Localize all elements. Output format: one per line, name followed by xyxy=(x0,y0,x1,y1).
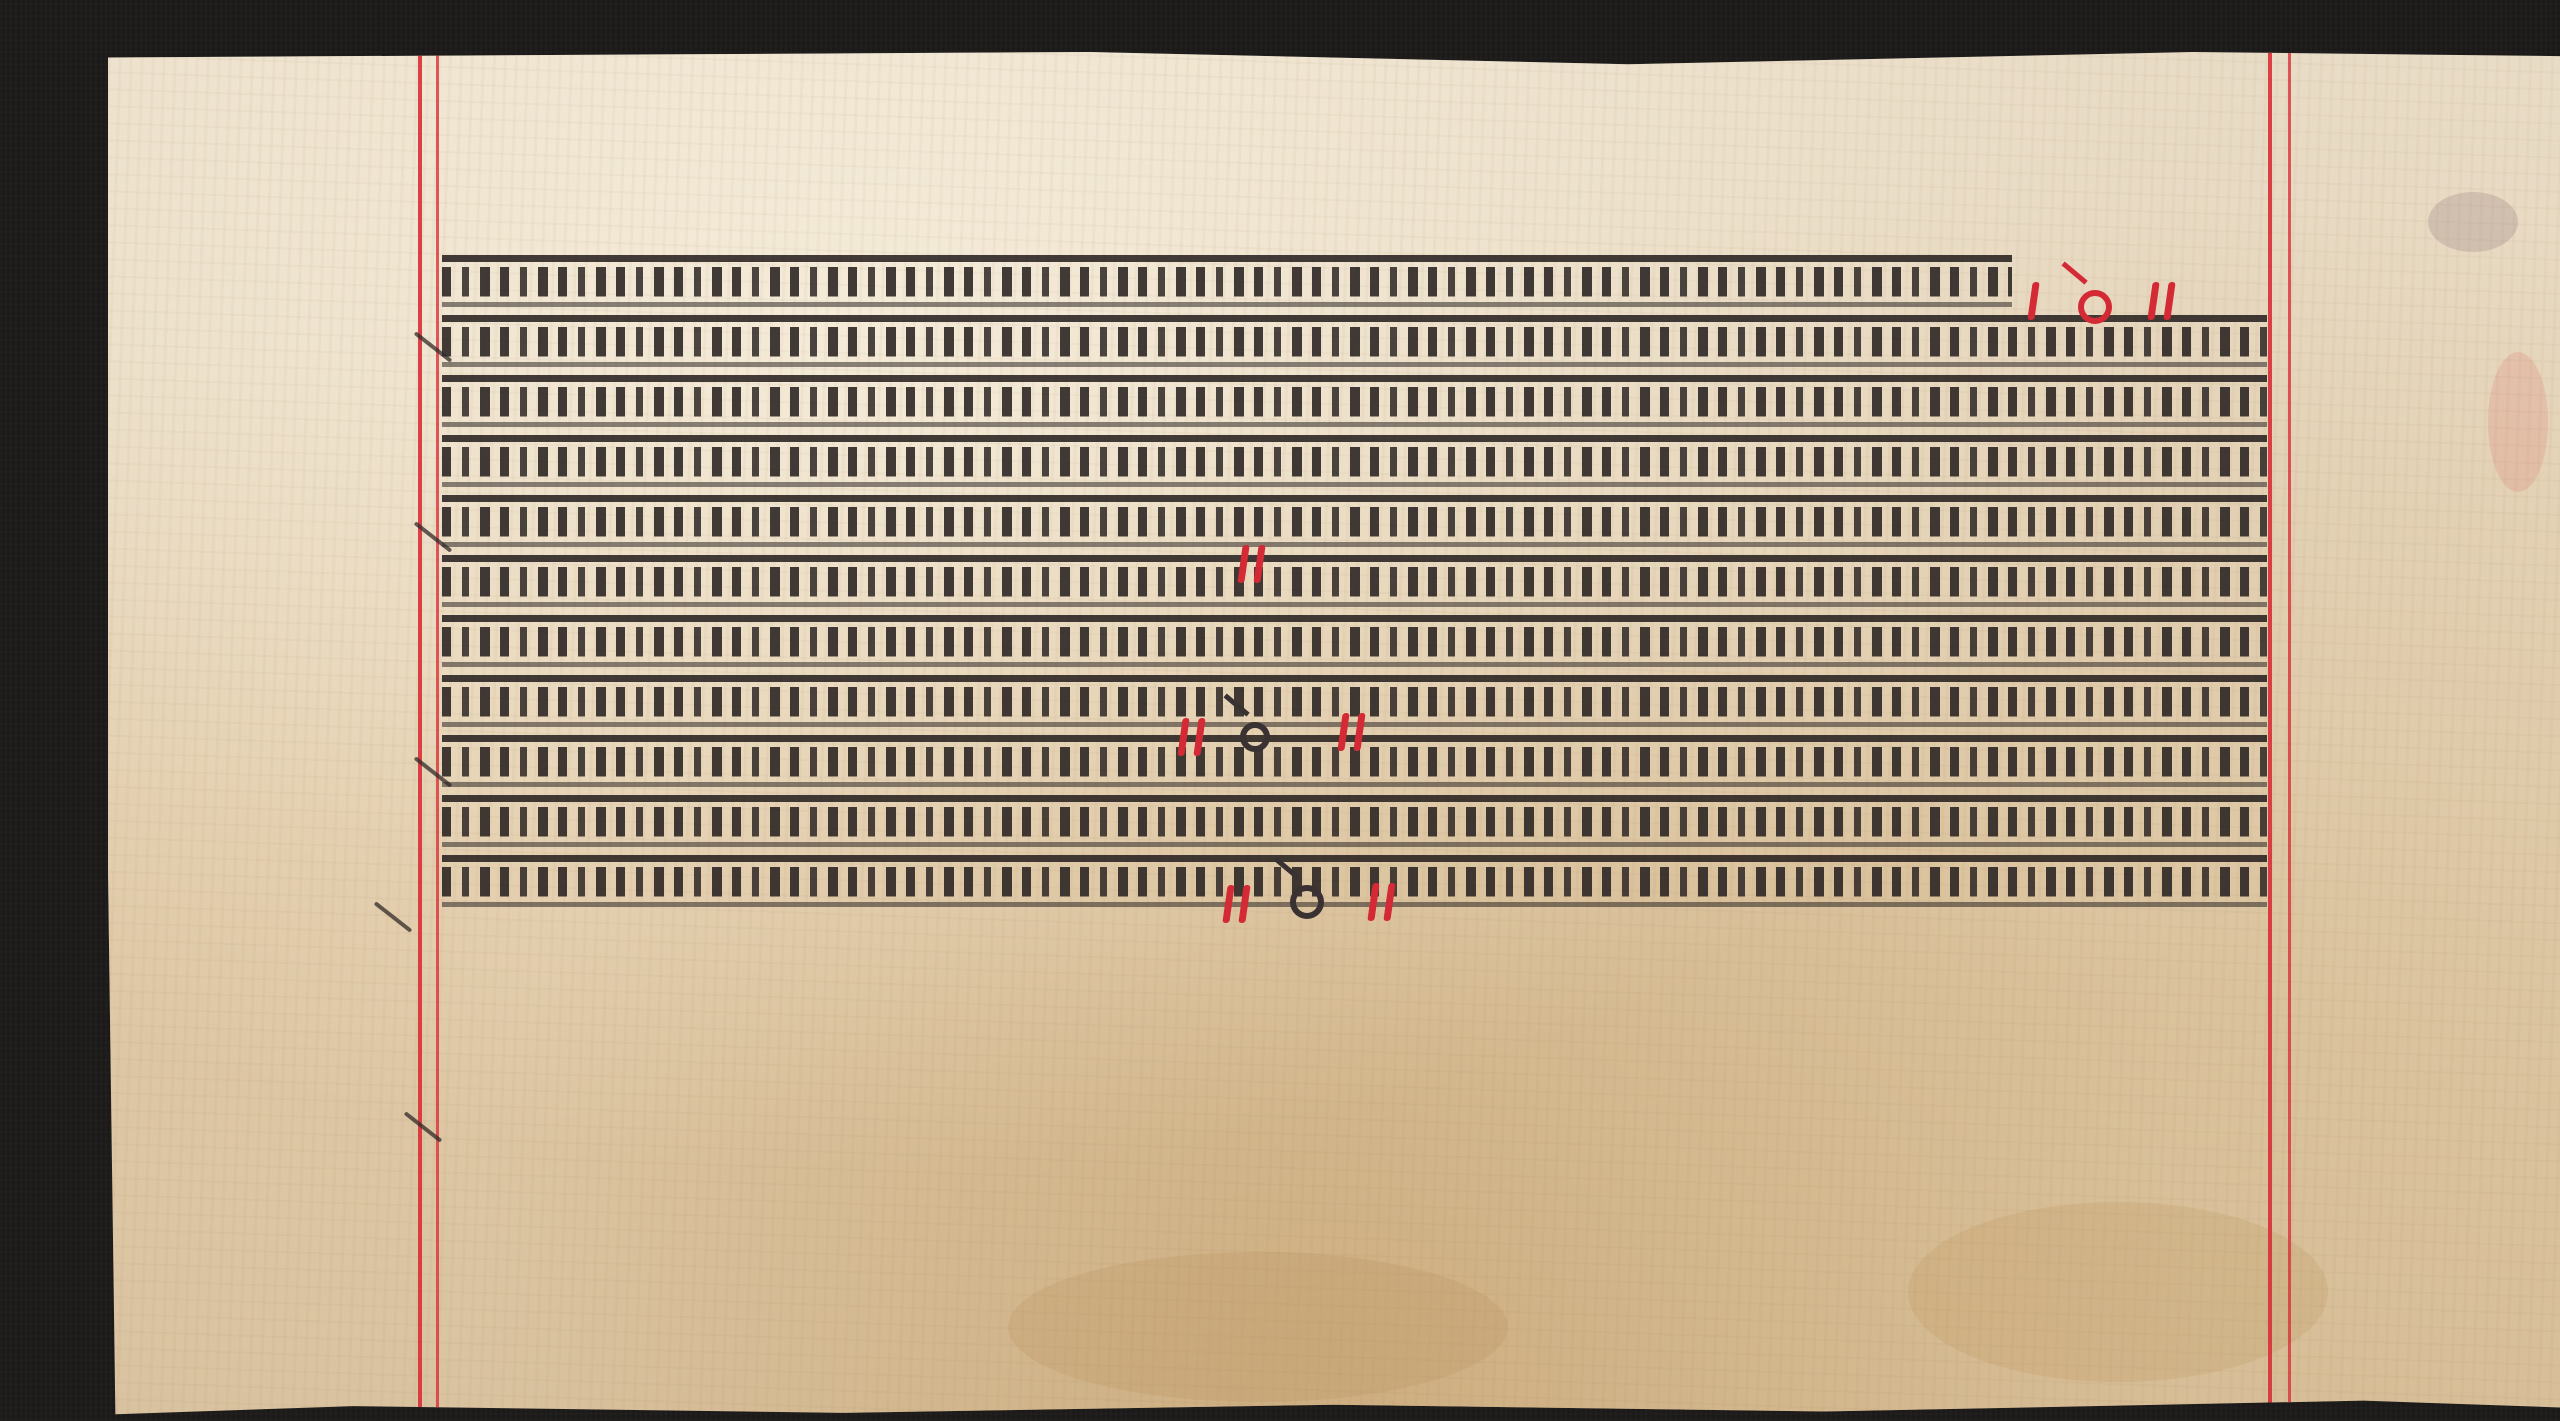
rubric-circled-numeral-icon xyxy=(2078,290,2112,324)
script-line-4 xyxy=(442,435,2267,495)
paper-stain xyxy=(2428,192,2518,252)
right-margin-rule-outer xyxy=(2288,52,2291,1417)
paper-stain xyxy=(2488,352,2548,492)
right-margin-rule-inner xyxy=(2268,52,2272,1417)
script-line-6 xyxy=(442,555,2267,615)
paper-stain xyxy=(1008,1252,1508,1402)
left-margin-rule-inner xyxy=(436,52,439,1417)
rubric-double-danda xyxy=(1180,718,1203,758)
script-line-7 xyxy=(442,615,2267,675)
rubric-danda xyxy=(2030,282,2037,322)
script-line-1 xyxy=(442,255,2012,315)
rubric-double-danda xyxy=(1370,883,1393,923)
script-line-5 xyxy=(442,495,2267,555)
rubric-double-danda xyxy=(1240,545,1263,585)
rubric-double-danda xyxy=(1225,885,1248,925)
script-line-2 xyxy=(442,315,2267,375)
script-line-11 xyxy=(442,855,2267,915)
ink-circled-numeral-icon xyxy=(1290,885,1324,919)
script-line-3 xyxy=(442,375,2267,435)
left-margin-rule-outer xyxy=(418,52,422,1417)
rubric-double-danda xyxy=(1340,713,1363,753)
rubric-double-danda xyxy=(2150,282,2173,322)
paper-stain xyxy=(1908,1202,2328,1382)
text-block xyxy=(442,255,2267,915)
script-line-10 xyxy=(442,795,2267,855)
ink-numeral-icon xyxy=(1240,722,1270,752)
